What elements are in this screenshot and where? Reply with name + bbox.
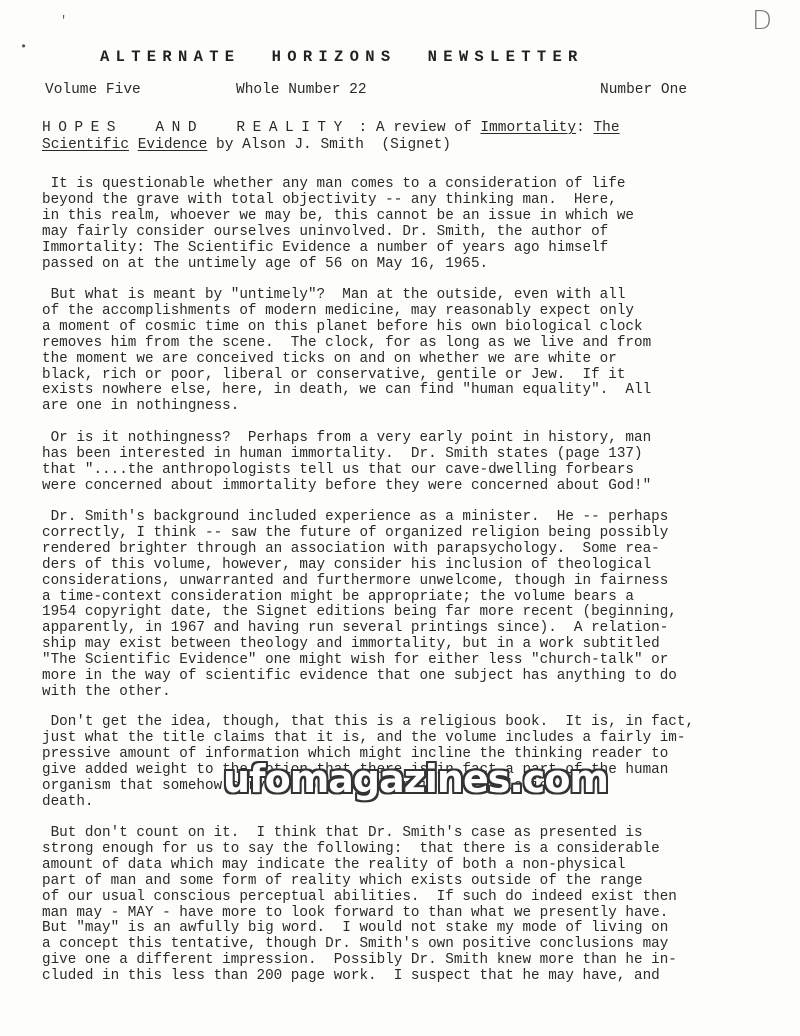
paragraph-line: are one in nothingness. [42,399,651,415]
paragraph-line: rendered brighter through an association… [42,542,677,558]
paragraph: Dr. Smith's background included experien… [42,510,677,701]
paragraph-line: But "may" is an awfully big word. I woul… [42,921,677,937]
paragraph: But don't count on it. I think that Dr. … [42,826,677,985]
paragraph-line: black, rich or poor, liberal or conserva… [42,368,651,384]
margin-mark: ' [60,14,67,28]
handwritten-corner-letter: D [752,6,772,36]
paragraph-line: has been interested in human immortality… [42,447,651,463]
review-intro: : A review of [350,120,481,136]
paragraph-line: a time-context consideration might be ap… [42,590,677,606]
byline: by Alson J. Smith (Signet) [207,137,451,153]
paragraph-line: removes him from the scene. The clock, f… [42,336,651,352]
paragraph-line: passed on at the untimely age of 56 on M… [42,257,634,273]
issue-number-label: Number One [600,82,687,98]
paragraph-line: in this realm, whoever we may be, this c… [42,209,634,225]
book-title: Evidence [138,137,208,153]
paragraph-line: a moment of cosmic time on this planet b… [42,320,651,336]
book-title: The [593,120,619,136]
paragraph-line: man may - MAY - have more to look forwar… [42,906,677,922]
paragraph-line: the moment we are conceived ticks on and… [42,352,651,368]
paragraph-line: beyond the grave with total objectivity … [42,193,634,209]
paragraph: But what is meant by "untimely"? Man at … [42,288,651,415]
paragraph-line: Dr. Smith's background included experien… [42,510,677,526]
book-title: Scientific [42,137,129,153]
volume-label: Volume Five [45,82,141,98]
paragraph-line: amount of data which may indicate the re… [42,858,677,874]
paragraph-line: Or is it nothingness? Perhaps from a ver… [42,431,651,447]
paragraph-line: exists nowhere else, here, in death, we … [42,383,651,399]
paragraph-line: were concerned about immortality before … [42,479,651,495]
paragraph-line: considerations, unwarranted and furtherm… [42,574,677,590]
paragraph-line: part of man and some form of reality whi… [42,874,677,890]
paragraph-line: "The Scientific Evidence" one might wish… [42,653,677,669]
review-title: HOPES AND REALITY [42,120,350,136]
paragraph-line: correctly, I think -- saw the future of … [42,526,677,542]
paragraph-line: cluded in this less than 200 page work. … [42,969,677,985]
paragraph-line: But what is meant by "untimely"? Man at … [42,288,651,304]
paragraph-line: that "....the anthropologists tell us th… [42,463,651,479]
book-title: Immortality [480,120,576,136]
paragraph-line: just what the title claims that it is, a… [42,731,694,747]
paragraph-line: ders of this volume, however, may consid… [42,558,677,574]
paragraph-line: of the accomplishments of modern medicin… [42,304,651,320]
margin-mark: • [20,40,27,54]
paragraph-line: Don't get the idea, though, that this is… [42,715,694,731]
paragraph-line: 1954 copyright date, the Signet editions… [42,605,677,621]
review-heading: HOPES AND REALITY : A review of Immortal… [42,120,620,154]
paragraph-line: Immortality: The Scientific Evidence a n… [42,241,634,257]
paragraph: Or is it nothingness? Perhaps from a ver… [42,431,651,495]
watermark: ufomagazines.com [223,757,608,801]
paragraph-line: strong enough for us to say the followin… [42,842,677,858]
paragraph-line: more in the way of scientific evidence t… [42,669,677,685]
paragraph-line: with the other. [42,685,677,701]
newsletter-title: ALTERNATE HORIZONS NEWSLETTER [100,48,584,66]
paragraph-line: apparently, in 1967 and having run sever… [42,621,677,637]
paragraph-line: ship may exist between theology and immo… [42,637,677,653]
paragraph: It is questionable whether any man comes… [42,177,634,272]
paragraph-line: It is questionable whether any man comes… [42,177,634,193]
paragraph-line: may fairly consider ourselves uninvolved… [42,225,634,241]
paragraph-line: But don't count on it. I think that Dr. … [42,826,677,842]
whole-number-label: Whole Number 22 [236,82,367,98]
paragraph-line: give one a different impression. Possibl… [42,953,677,969]
paragraph-line: a concept this tentative, though Dr. Smi… [42,937,677,953]
paragraph-line: of our usual conscious perceptual abilit… [42,890,677,906]
